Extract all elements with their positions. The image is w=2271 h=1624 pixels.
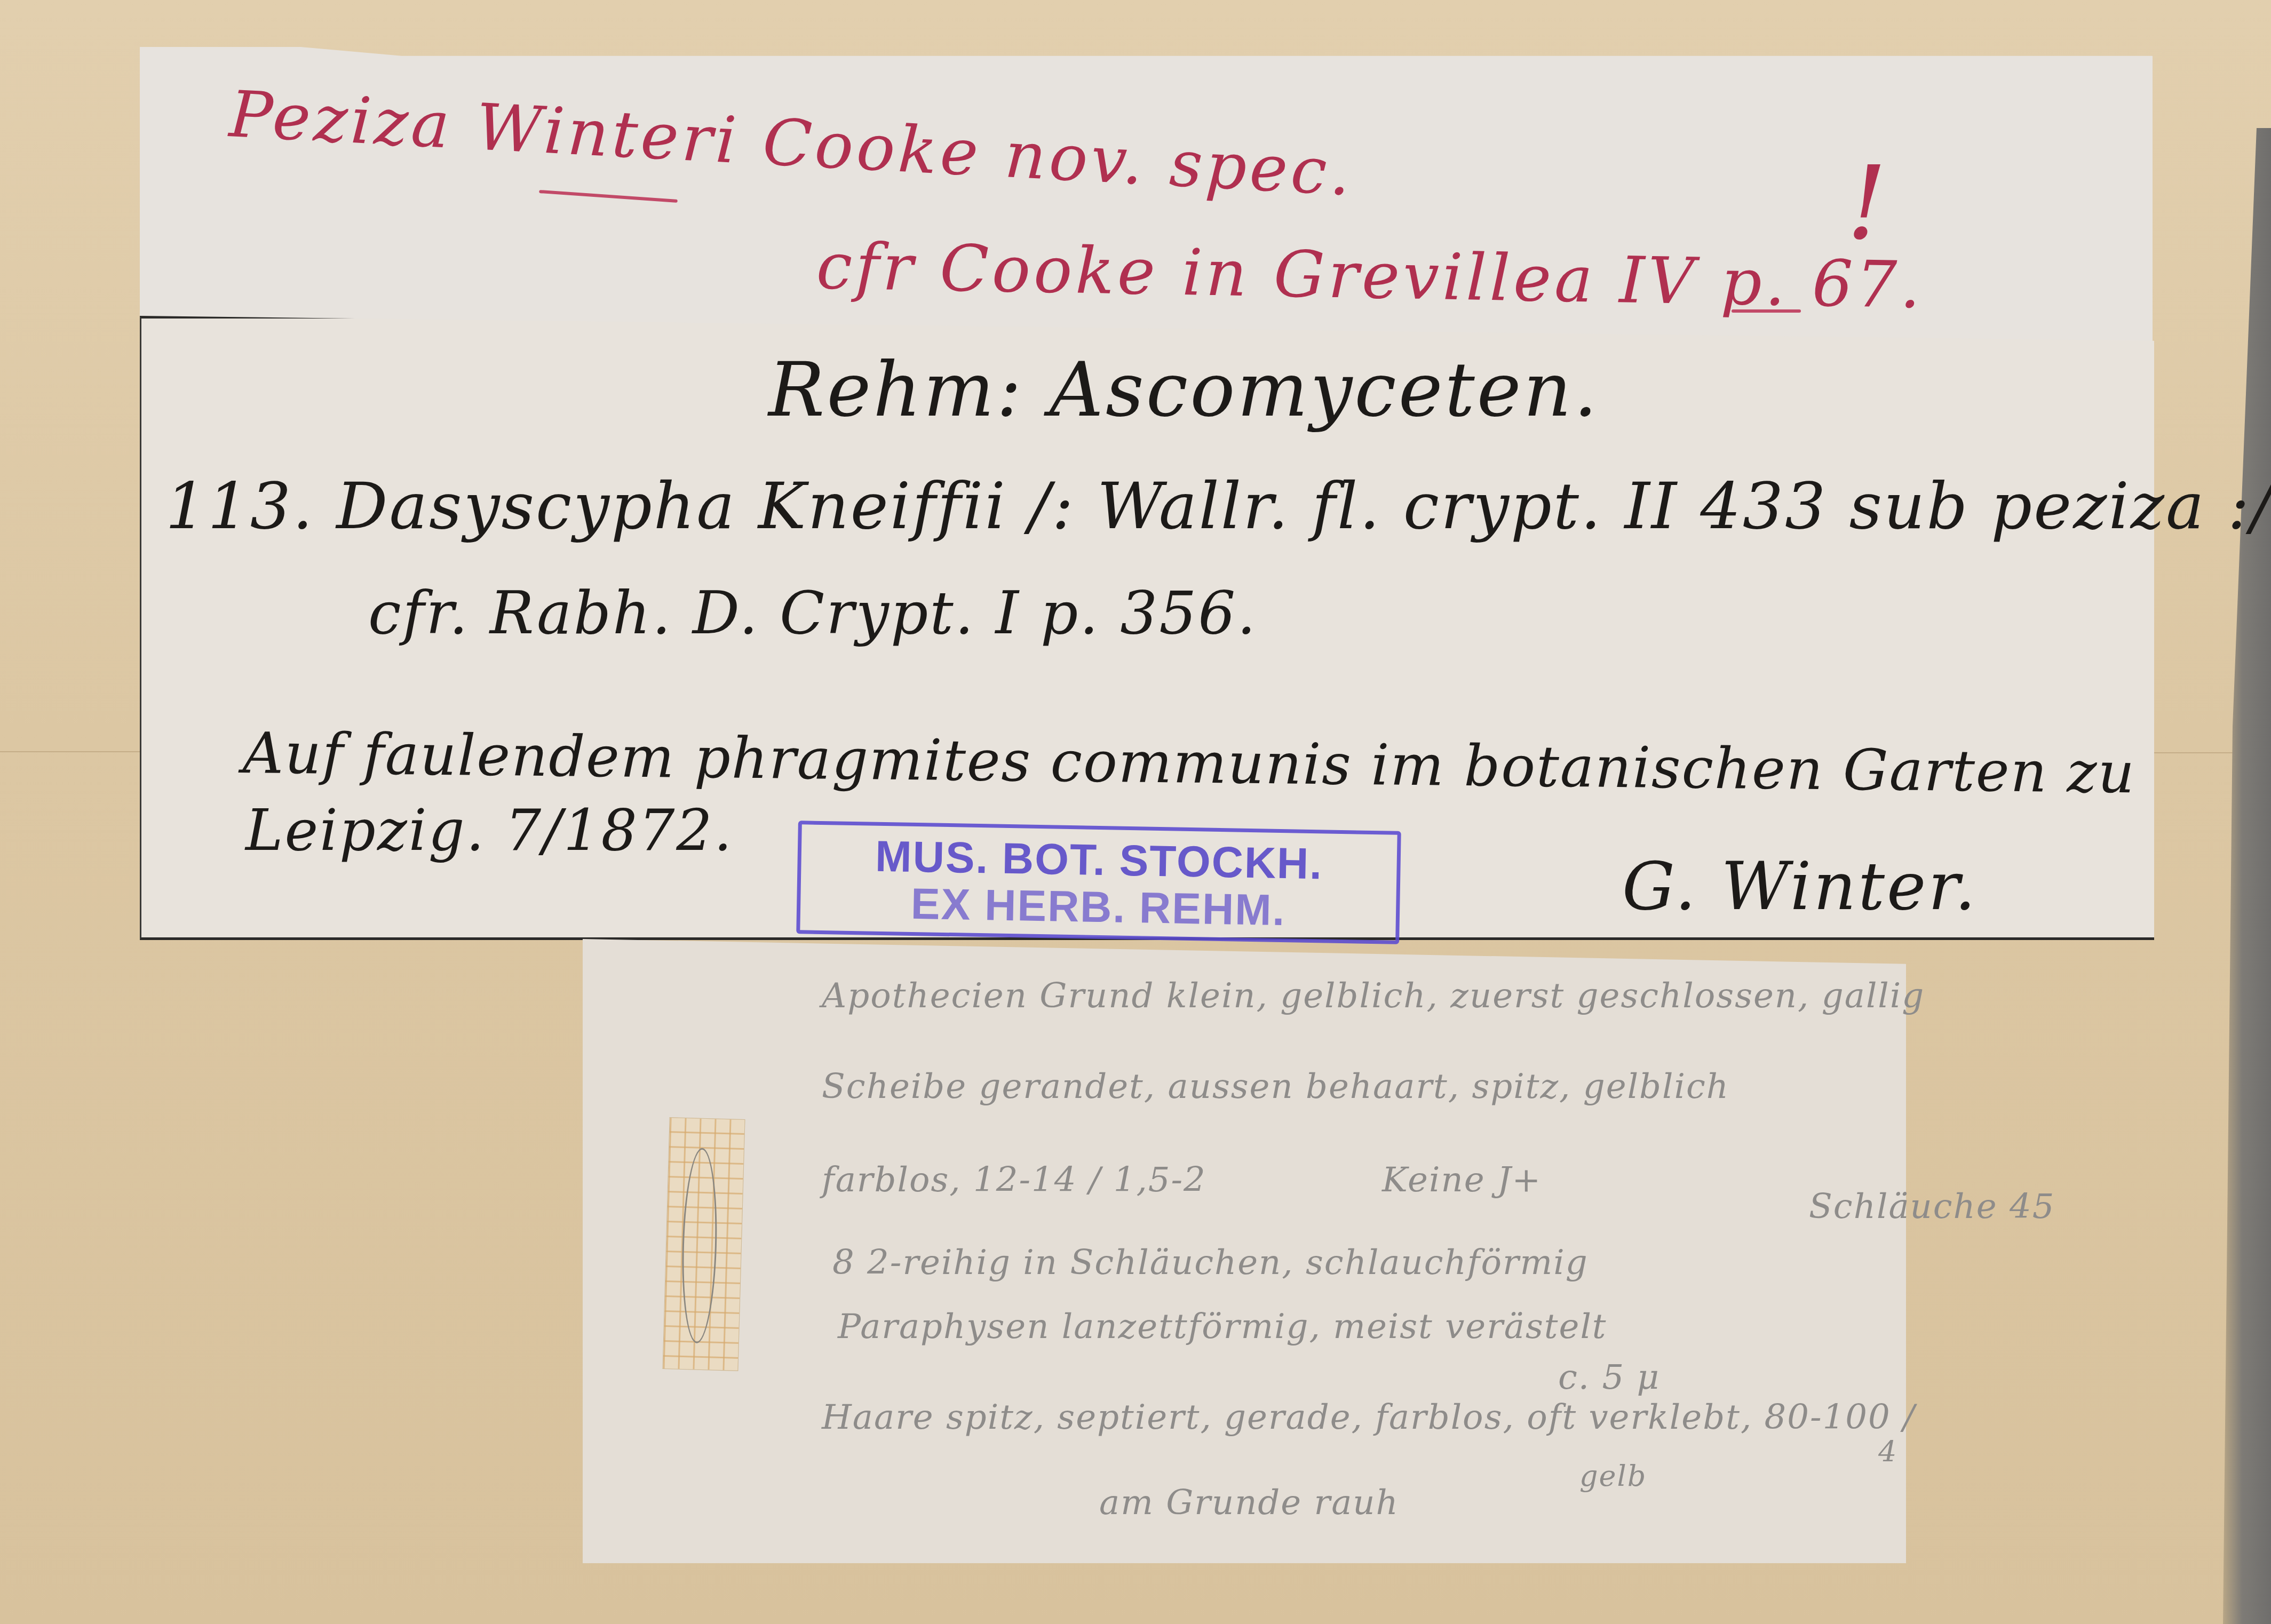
pencil-side-note-5: 4 (1878, 1435, 1897, 1469)
pencil-side-note-2: Schläuche 45 (1809, 1187, 2055, 1227)
pencil-line-2: Scheibe gerandet, aussen behaart, spitz,… (822, 1067, 1729, 1106)
pencil-side-note-1: Keine J+ (1382, 1160, 1542, 1200)
annotation-exclamation: ! (1846, 144, 1887, 262)
grid-paper-slip (662, 1117, 745, 1371)
pencil-line-7: am Grunde rauh (1099, 1483, 1399, 1523)
species-line: 113. Dasyscypha Kneiffii /: Wallr. fl. c… (165, 469, 2271, 544)
literature-reference: cfr. Rabh. D. Crypt. I p. 356. (368, 579, 1257, 647)
sheet-seam-left (0, 751, 144, 752)
stamp-line-2: EX HERB. REHM. (800, 879, 1396, 936)
exsiccata-number: 113. (165, 469, 314, 544)
pencil-side-note-4: gelb (1579, 1459, 1647, 1493)
locality-date: Leipzig. 7/1872. (245, 798, 733, 863)
pencil-line-4: 8 2-reihig in Schläuchen, schlauchförmig (832, 1243, 1589, 1283)
species-name: Dasyscypha Kneiffii (336, 469, 1006, 544)
pencil-line-3: farblos, 12-14 / 1,5-2 (822, 1160, 1206, 1200)
pencil-line-6: Haare spitz, septiert, gerade, farblos, … (822, 1398, 1916, 1437)
museum-stamp: MUS. BOT. STOCKH. EX HERB. REHM. (796, 821, 1401, 944)
synonym-reference: /: Wallr. fl. crypt. II 433 sub peziza :… (1029, 469, 2271, 544)
pencil-line-1: Apothecien Grund klein, gelblich, zuerst… (822, 976, 1925, 1016)
series-title: Rehm: Ascomyceten. (768, 347, 1599, 434)
pencil-line-5: Paraphysen lanzettförmig, meist verästel… (838, 1307, 1607, 1347)
annotation-underline-page (1732, 309, 1801, 313)
pencil-side-note-3: c. 5 μ (1558, 1358, 1660, 1397)
spore-sketch-icon (680, 1148, 719, 1344)
collector-signature: G. Winter. (1622, 848, 1978, 925)
